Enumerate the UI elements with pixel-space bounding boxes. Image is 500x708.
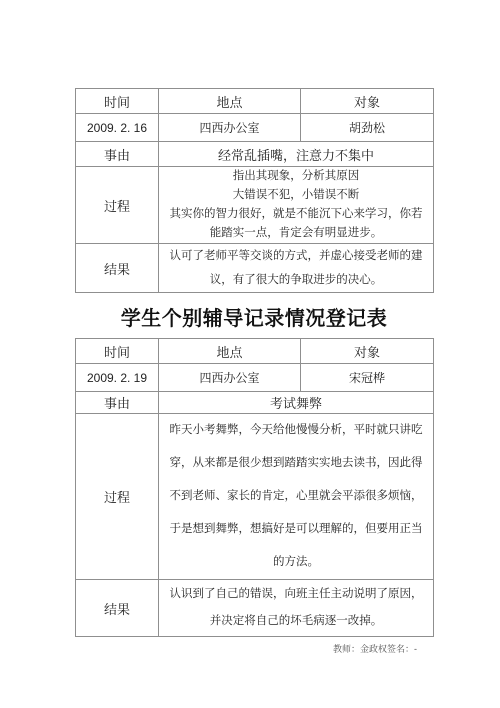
record2-subject-value: 宋冠桦 bbox=[301, 364, 434, 392]
record2-header-row: 时间 地点 对象 bbox=[76, 339, 434, 364]
record2-process-value: 昨天小考舞弊，今天给他慢慢分析，平时就只讲吃穿，从来都是很少想到踏踏实实地去读书… bbox=[159, 414, 434, 580]
record2-process-label: 过程 bbox=[76, 414, 159, 580]
record2-reason-row: 事由 考试舞弊 bbox=[76, 392, 434, 414]
counseling-record-table-2: 时间 地点 对象 2009. 2. 19 四西办公室 宋冠桦 事由 考试舞弊 过… bbox=[75, 338, 434, 637]
record1-reason-label: 事由 bbox=[76, 142, 159, 167]
record2-reason-label: 事由 bbox=[76, 392, 159, 414]
record1-header-row: 时间 地点 对象 bbox=[76, 89, 434, 114]
record1-subject-value: 胡劲松 bbox=[301, 114, 434, 142]
record1-time-header: 时间 bbox=[76, 89, 159, 114]
record2-data-row: 2009. 2. 19 四西办公室 宋冠桦 bbox=[76, 364, 434, 392]
record1-result-value: 认可了老师平等交谈的方式，并虚心接受老师的建议，有了很大的争取进步的决心。 bbox=[159, 244, 434, 293]
record1-result-label: 结果 bbox=[76, 244, 159, 293]
record2-result-value: 认识到了自己的错误，向班主任主动说明了原因，并决定将自己的坏毛病逐一改掉。 bbox=[159, 580, 434, 637]
record2-result-label: 结果 bbox=[76, 580, 159, 637]
record1-process-row: 过程 指出其现象，分析其原因 大错误不犯，小错误不断 其实你的智力很好，就是不能… bbox=[76, 167, 434, 244]
record1-place-header: 地点 bbox=[159, 89, 301, 114]
record2-result-row: 结果 认识到了自己的错误，向班主任主动说明了原因，并决定将自己的坏毛病逐一改掉。 bbox=[76, 580, 434, 637]
record2-place-value: 四西办公室 bbox=[159, 364, 301, 392]
record2-subject-header: 对象 bbox=[301, 339, 434, 364]
record1-reason-value: 经常乱插嘴，注意力不集中 bbox=[159, 142, 434, 167]
record2-time-value: 2009. 2. 19 bbox=[76, 364, 159, 392]
record1-process-value: 指出其现象，分析其原因 大错误不犯，小错误不断 其实你的智力很好，就是不能沉下心… bbox=[159, 167, 434, 244]
page-title: 学生个别辅导记录情况登记表 bbox=[75, 302, 433, 331]
counseling-record-table-1: 时间 地点 对象 2009. 2. 16 四西办公室 胡劲松 事由 经常乱插嘴，… bbox=[75, 88, 434, 293]
record2-process-row: 过程 昨天小考舞弊，今天给他慢慢分析，平时就只讲吃穿，从来都是很少想到踏踏实实地… bbox=[76, 414, 434, 580]
record1-place-value: 四西办公室 bbox=[159, 114, 301, 142]
record1-reason-row: 事由 经常乱插嘴，注意力不集中 bbox=[76, 142, 434, 167]
record2-place-header: 地点 bbox=[159, 339, 301, 364]
record1-result-row: 结果 认可了老师平等交谈的方式，并虚心接受老师的建议，有了很大的争取进步的决心。 bbox=[76, 244, 434, 293]
record1-process-label: 过程 bbox=[76, 167, 159, 244]
teacher-signature-line: 教师：金政权签名：- bbox=[75, 642, 433, 655]
record1-subject-header: 对象 bbox=[301, 89, 434, 114]
record2-reason-value: 考试舞弊 bbox=[159, 392, 434, 414]
document-content: 时间 地点 对象 2009. 2. 16 四西办公室 胡劲松 事由 经常乱插嘴，… bbox=[75, 88, 433, 655]
record2-time-header: 时间 bbox=[76, 339, 159, 364]
record1-data-row: 2009. 2. 16 四西办公室 胡劲松 bbox=[76, 114, 434, 142]
record1-time-value: 2009. 2. 16 bbox=[76, 114, 159, 142]
